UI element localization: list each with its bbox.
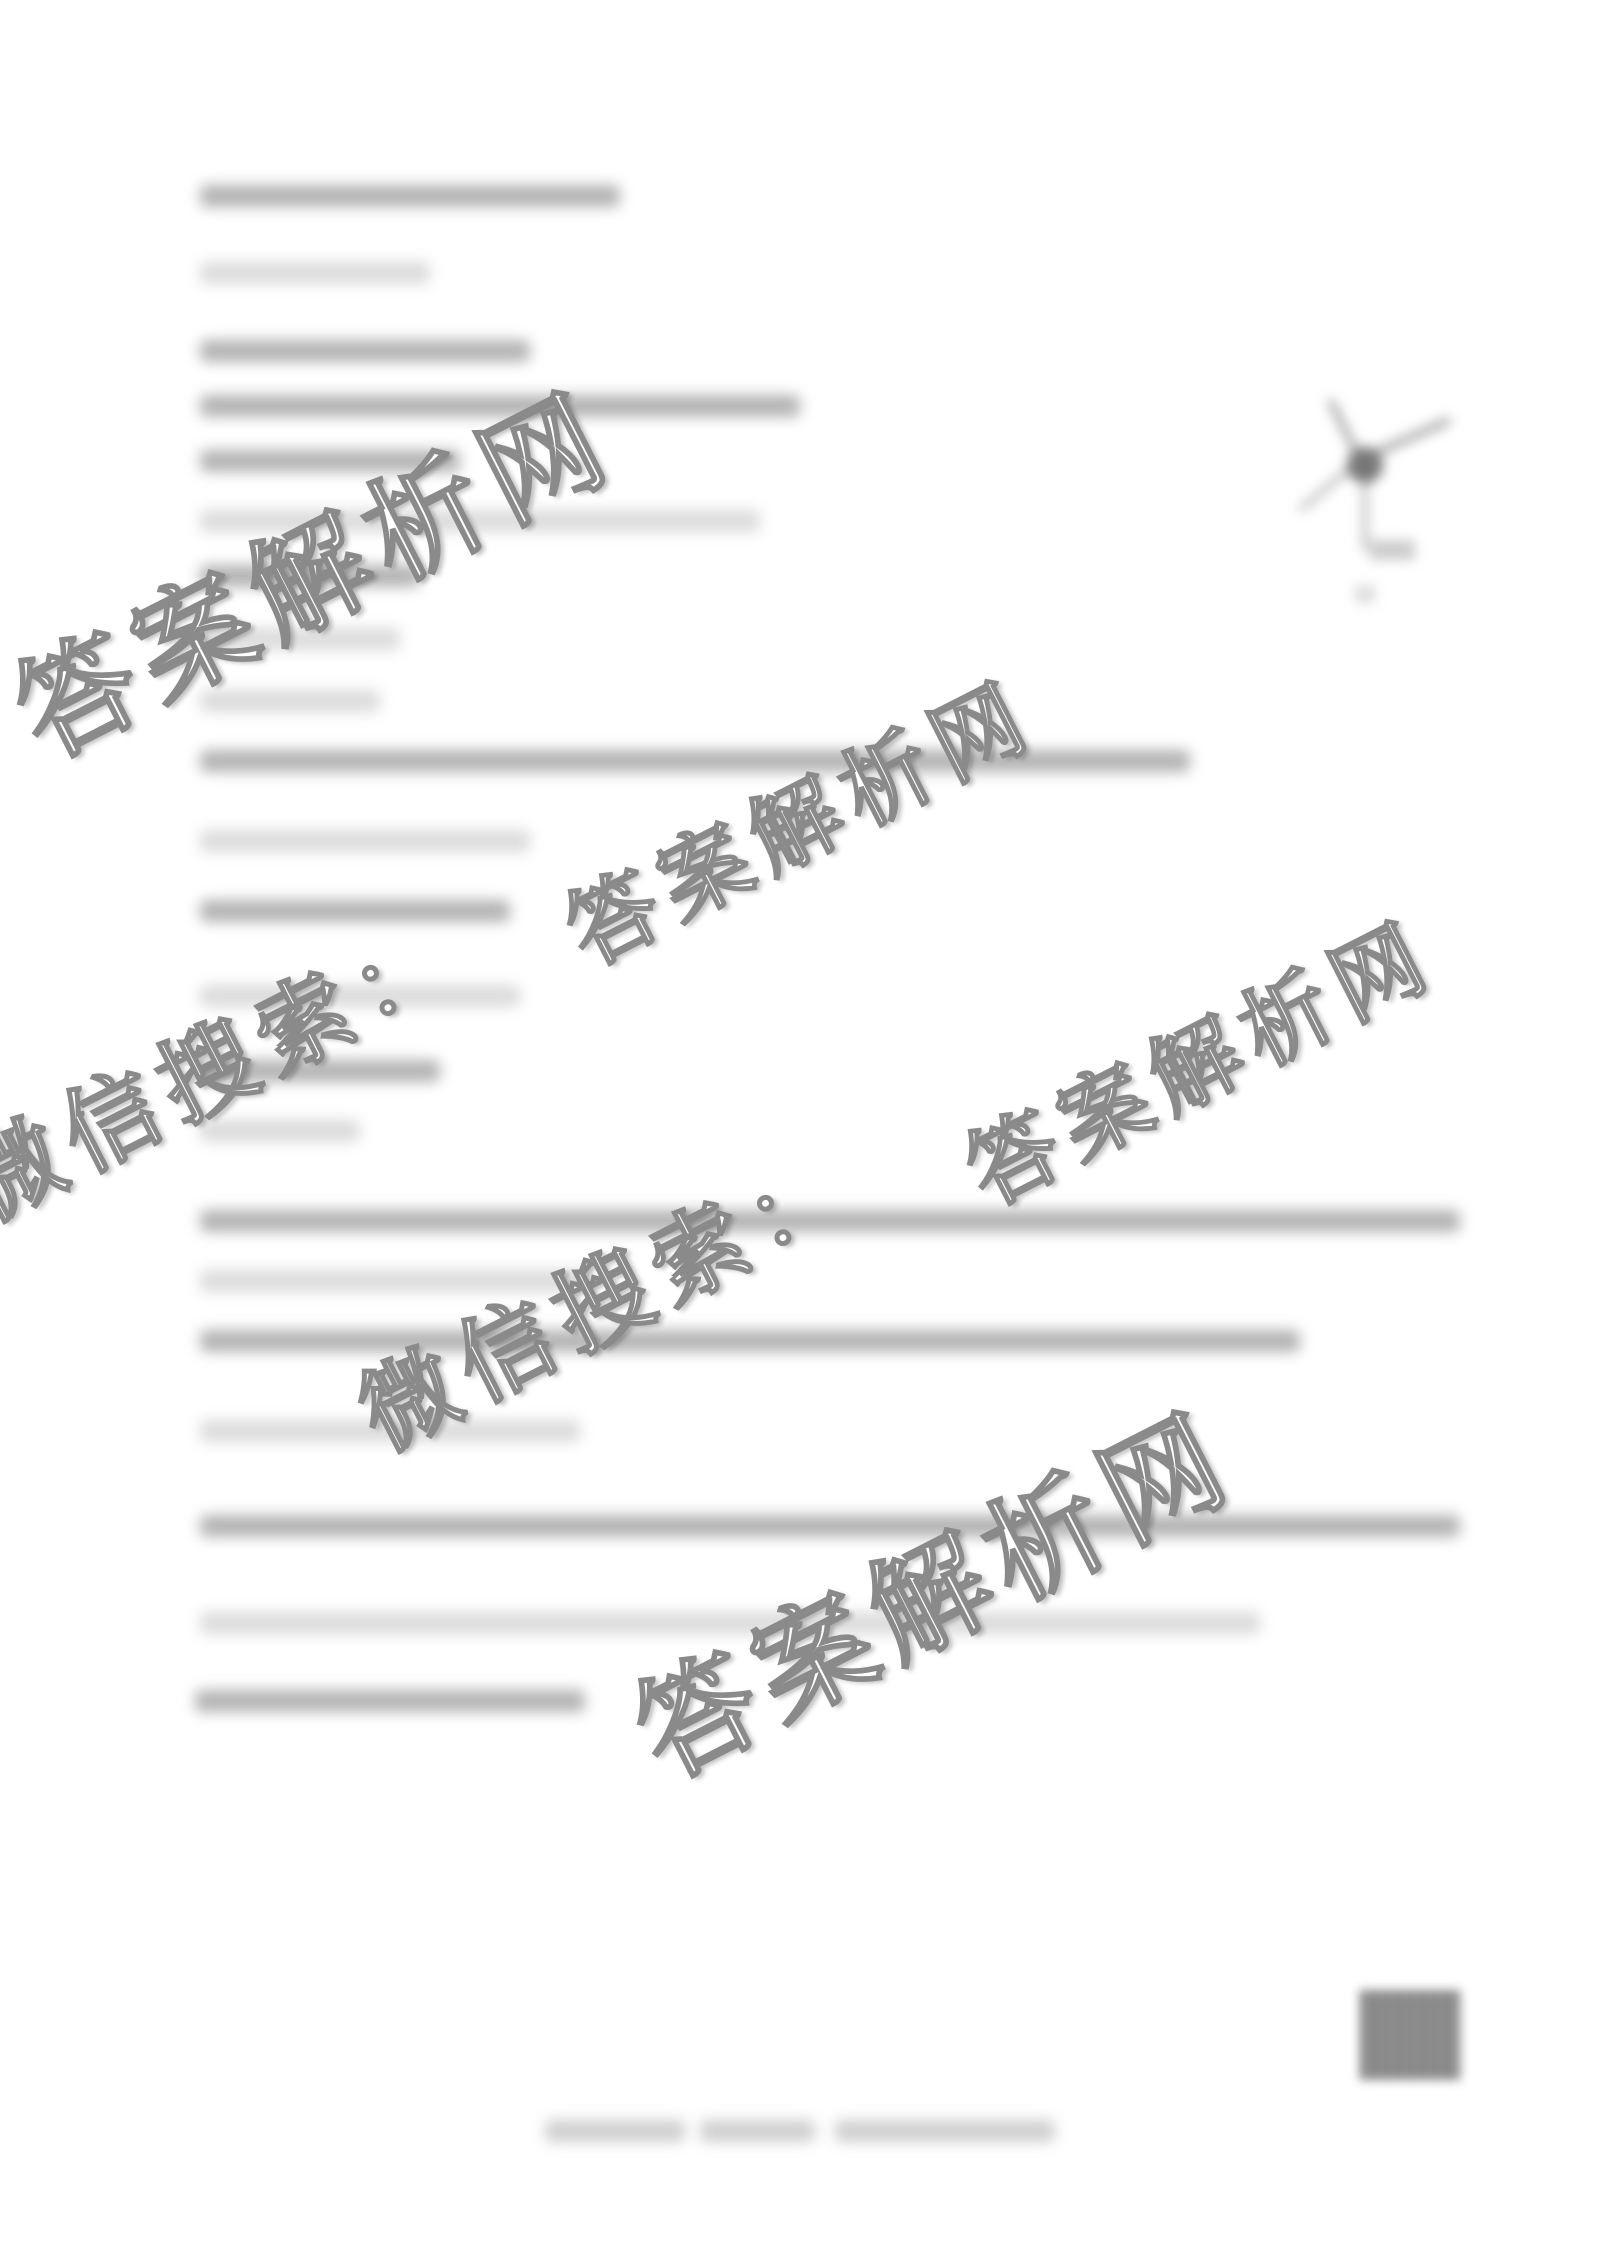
text-line xyxy=(195,1690,585,1712)
watermark-site-name: 答案解析网 xyxy=(541,643,1054,990)
qr-code xyxy=(1360,1990,1460,2080)
footer-text xyxy=(545,2120,685,2142)
footer-text xyxy=(835,2120,1055,2142)
diagram xyxy=(1290,380,1470,610)
watermark-wechat-search: 微信搜索： xyxy=(333,1110,876,1477)
footer-text xyxy=(700,2120,815,2142)
watermark-site-name: 答案解析网 xyxy=(941,883,1454,1230)
formula-line xyxy=(200,830,530,852)
watermark-site-name: 答案解析网 xyxy=(603,1363,1259,1810)
document-page: 答案解析网 答案解析网 微信搜索： 答案解析网 微信搜索： 答案解析网 xyxy=(0,0,1602,2252)
text-line xyxy=(200,185,620,207)
formula-line xyxy=(200,262,430,284)
text-line xyxy=(200,1515,1460,1537)
text-line xyxy=(200,340,530,362)
